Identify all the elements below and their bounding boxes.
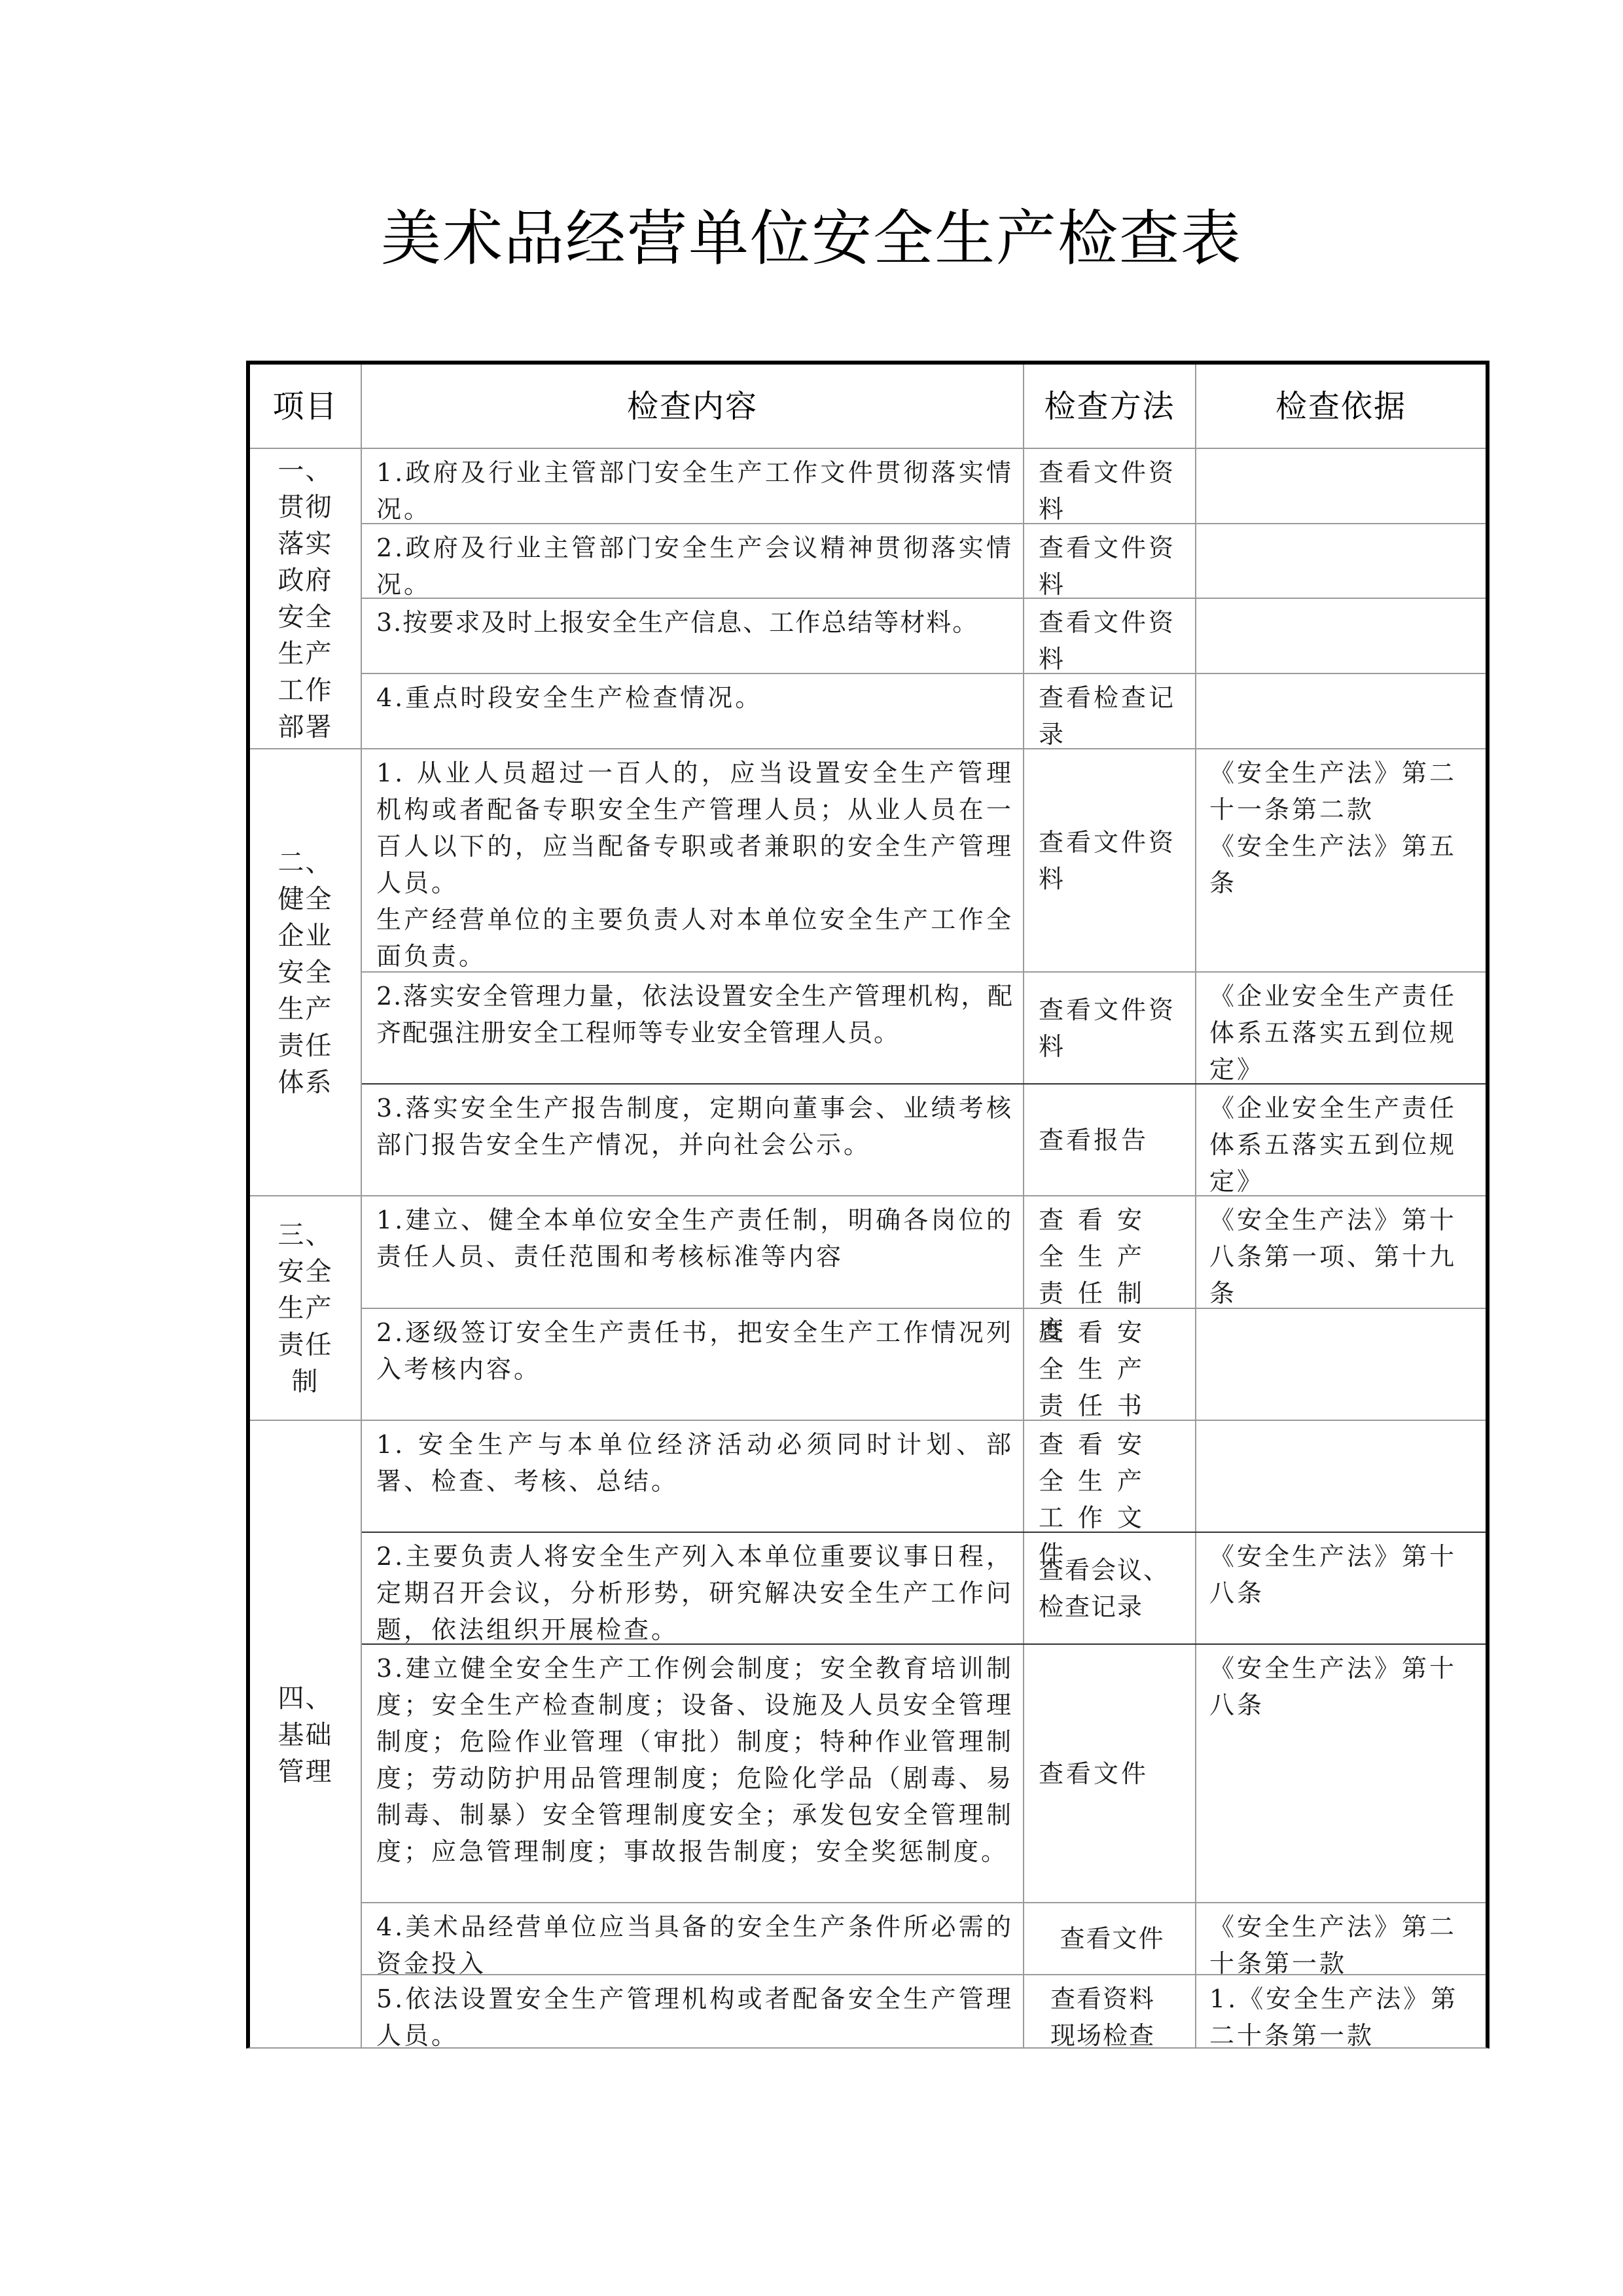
method-4-4: 查看文件 bbox=[1024, 1903, 1195, 1974]
basis-2-1: 《安全生产法》第二十一条第二款 《安全生产法》第五条 bbox=[1196, 749, 1486, 971]
header-basis: 检查依据 bbox=[1196, 365, 1486, 448]
content-4-2: 2.主要负责人将安全生产列入本单位重要议事日程，定期召开会议，分析形势，研究解决… bbox=[362, 1533, 1023, 1643]
content-3-1: 1.建立、健全本单位安全生产责任制，明确各岗位的责任人员、责任范围和考核标准等内… bbox=[362, 1196, 1023, 1308]
content-2-2: 2.落实安全管理力量，依法设置安全生产管理机构，配齐配强注册安全工程师等专业安全… bbox=[362, 973, 1023, 1083]
method-3-1: 查看安全生产责任制度 bbox=[1024, 1196, 1195, 1308]
content-4-5: 5.依法设置安全生产管理机构或者配备安全生产管理人员。 bbox=[362, 1975, 1023, 2049]
content-2-1: 1. 从业人员超过一百人的，应当设置安全生产管理机构或者配备专职安全生产管理人员… bbox=[362, 749, 1023, 971]
basis-4-2: 《安全生产法》第十八条 bbox=[1196, 1533, 1486, 1643]
method-2-2: 查看文件资料 bbox=[1024, 973, 1195, 1083]
method-1-4: 查看检查记录 bbox=[1024, 674, 1195, 748]
basis-4-5: 1.《安全生产法》第二十条第一款 bbox=[1196, 1975, 1486, 2049]
document-title: 美术品经营单位安全生产检查表 bbox=[0, 196, 1623, 281]
method-3-2: 查看安全生产责任书 bbox=[1024, 1309, 1195, 1420]
content-4-3: 3.建立健全安全生产工作例会制度；安全教育培训制度；安全生产检查制度；设备、设施… bbox=[362, 1645, 1023, 1902]
section-label-1: 一、贯彻落实政府安全生产工作部署 bbox=[250, 449, 361, 748]
basis-2-2: 《企业安全生产责任体系五落实五到位规定》 bbox=[1196, 973, 1486, 1083]
content-2-3: 3.落实安全生产报告制度，定期向董事会、业绩考核部门报告安全生产情况，并向社会公… bbox=[362, 1085, 1023, 1195]
basis-2-3: 《企业安全生产责任体系五落实五到位规定》 bbox=[1196, 1085, 1486, 1195]
header-item: 项目 bbox=[250, 365, 361, 448]
method-1-2: 查看文件资料 bbox=[1024, 524, 1195, 598]
content-3-2: 2.逐级签订安全生产责任书，把安全生产工作情况列入考核内容。 bbox=[362, 1309, 1023, 1420]
basis-1-2 bbox=[1196, 524, 1486, 598]
method-2-3: 查看报告 bbox=[1024, 1085, 1195, 1195]
content-1-1: 1.政府及行业主管部门安全生产工作文件贯彻落实情况。 bbox=[362, 449, 1023, 523]
method-1-1: 查看文件资料 bbox=[1024, 449, 1195, 523]
basis-1-4 bbox=[1196, 674, 1486, 748]
content-4-1: 1. 安全生产与本单位经济活动必须同时计划、部署、检查、考核、总结。 bbox=[362, 1421, 1023, 1532]
basis-4-1 bbox=[1196, 1421, 1486, 1532]
content-4-4: 4.美术品经营单位应当具备的安全生产条件所必需的资金投入 bbox=[362, 1903, 1023, 1974]
header-method: 检查方法 bbox=[1024, 365, 1195, 448]
header-content: 检查内容 bbox=[362, 365, 1023, 448]
basis-4-4: 《安全生产法》第二十条第一款 bbox=[1196, 1903, 1486, 1974]
method-1-3: 查看文件资料 bbox=[1024, 599, 1195, 673]
content-1-2: 2.政府及行业主管部门安全生产会议精神贯彻落实情况。 bbox=[362, 524, 1023, 598]
section-label-4: 四、基础管理 bbox=[250, 1421, 361, 2049]
method-4-1: 查看安全生产工作文件 bbox=[1024, 1421, 1195, 1532]
method-2-1: 查看文件资料 bbox=[1024, 749, 1195, 971]
section-label-2: 二、健全企业安全生产责任体系 bbox=[250, 749, 361, 1195]
basis-1-1 bbox=[1196, 449, 1486, 523]
basis-4-3: 《安全生产法》第十八条 bbox=[1196, 1645, 1486, 1902]
basis-3-2 bbox=[1196, 1309, 1486, 1420]
basis-3-1: 《安全生产法》第十八条第一项、第十九条 bbox=[1196, 1196, 1486, 1308]
content-1-4: 4.重点时段安全生产检查情况。 bbox=[362, 674, 1023, 748]
basis-1-3 bbox=[1196, 599, 1486, 673]
method-4-3: 查看文件 bbox=[1024, 1645, 1195, 1902]
content-1-3: 3.按要求及时上报安全生产信息、工作总结等材料。 bbox=[362, 599, 1023, 673]
method-4-2: 查看会议、检查记录 bbox=[1024, 1533, 1195, 1643]
section-label-3: 三、安全生产责任制 bbox=[250, 1196, 361, 1420]
method-4-5: 查看资料现场检查 bbox=[1024, 1975, 1195, 2049]
inspection-table: 项目 检查内容 检查方法 检查依据 一、贯彻落实政府安全生产工作部署 1.政府及… bbox=[246, 361, 1489, 2049]
